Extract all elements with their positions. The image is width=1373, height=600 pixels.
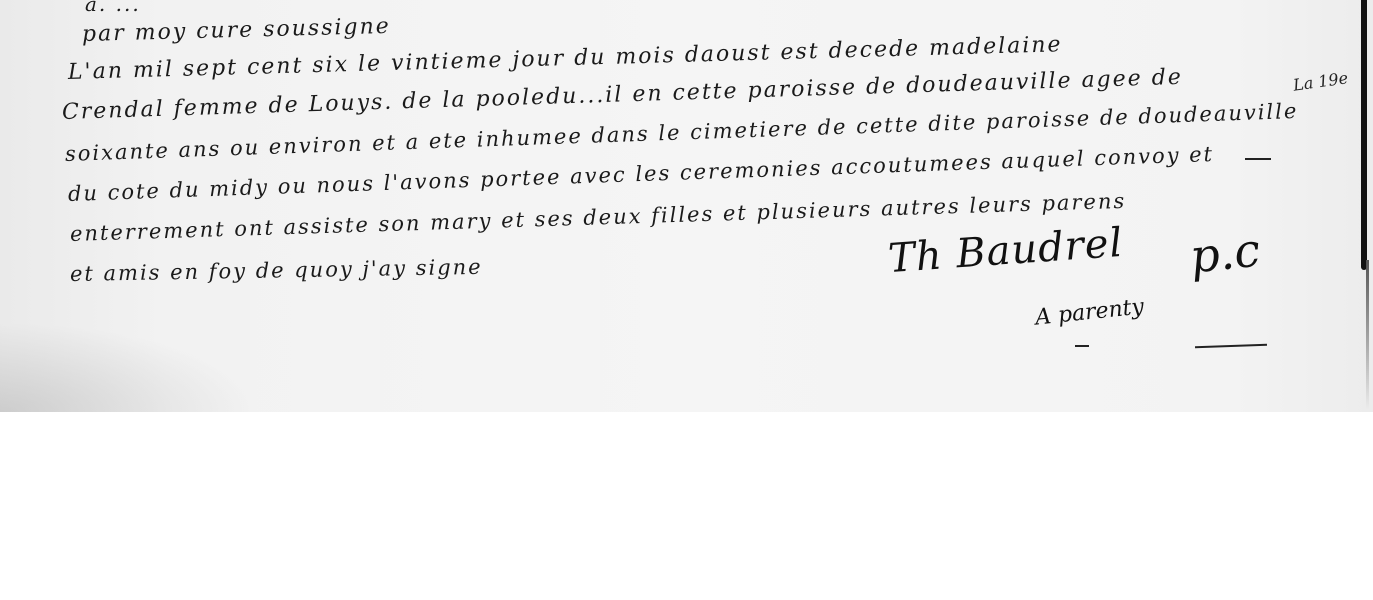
line-end-dash bbox=[1245, 158, 1271, 160]
signature-flourish bbox=[1195, 344, 1267, 349]
binding-shadow bbox=[1366, 260, 1369, 410]
text-line-0: a. ... bbox=[85, 0, 141, 16]
page-binding-edge bbox=[1361, 0, 1367, 270]
signature-subline: A parenty bbox=[1034, 294, 1145, 330]
signature-name: Th Baudrel bbox=[887, 220, 1125, 282]
scanned-document-page: a. ... par moy cure soussigne L'an mil s… bbox=[0, 0, 1373, 412]
signature-underline-small bbox=[1075, 345, 1089, 347]
text-line-1: par moy cure soussigne bbox=[82, 14, 391, 47]
text-line-7: et amis en foy de quoy j'ay signe bbox=[70, 255, 483, 286]
signature-initials: p.c bbox=[1187, 222, 1262, 283]
margin-note: La 19e bbox=[1292, 68, 1349, 94]
